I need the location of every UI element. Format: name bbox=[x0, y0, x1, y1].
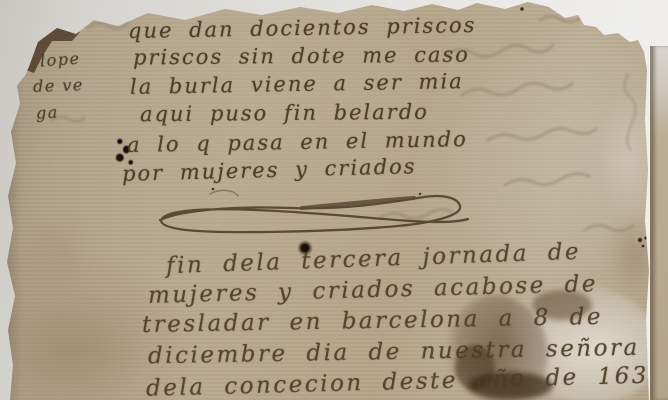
margin-author-line: de ve bbox=[33, 75, 84, 96]
margin-author-line: ga bbox=[36, 102, 60, 122]
verse-line: aqui puso fin belardo bbox=[140, 100, 429, 127]
manuscript-photo: lope de ve ga que dan docientos priscos … bbox=[0, 0, 668, 400]
adjacent-page-edge bbox=[650, 46, 668, 400]
manuscript-page: lope de ve ga que dan docientos priscos … bbox=[0, 0, 668, 400]
signature-flourish bbox=[152, 186, 472, 241]
verse-line: priscos sin dote me caso bbox=[133, 43, 470, 70]
margin-author-line: lope bbox=[39, 49, 81, 71]
